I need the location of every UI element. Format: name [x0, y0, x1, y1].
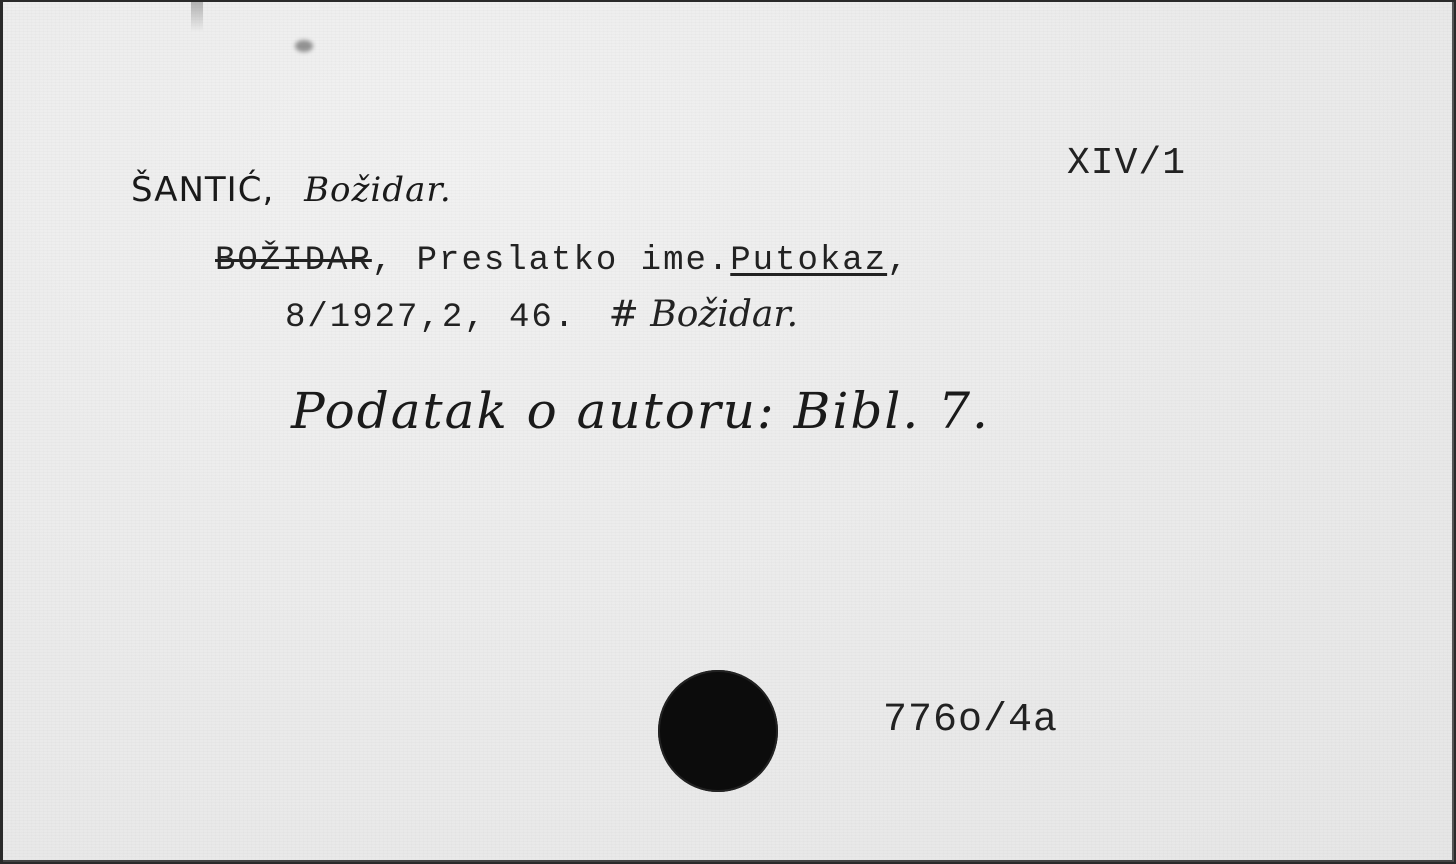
accession-number: 776o/4a — [883, 698, 1058, 743]
punch-hole — [658, 670, 778, 792]
ink-smudge — [295, 40, 313, 52]
title-trailing-punct: , — [887, 242, 909, 280]
struck-author-name: BOŽIDAR — [215, 242, 372, 280]
periodical-name: Putokaz — [730, 242, 887, 280]
author-surname: ŠANTIĆ, — [131, 170, 274, 210]
author-given-name: Božidar. — [304, 170, 452, 210]
entry-title-line: BOŽIDAR, Preslatko ime.Putokaz, — [215, 242, 910, 280]
handwritten-correction: # Božidar. — [609, 294, 798, 335]
catalog-card: ŠANTIĆ, Božidar. XIV/1 BOŽIDAR, Preslatk… — [3, 2, 1454, 862]
citation: 8/1927,2, 46. — [285, 299, 576, 337]
heading-author: ŠANTIĆ, Božidar. — [131, 170, 452, 210]
handwritten-note: Podatak o autoru: Bibl. 7. — [291, 382, 990, 440]
work-title: , Preslatko ime. — [372, 242, 730, 280]
scan-streak — [191, 2, 203, 32]
call-number: XIV/1 — [1067, 142, 1186, 185]
entry-citation-line: 8/1927,2, 46. # Božidar. — [285, 294, 798, 337]
